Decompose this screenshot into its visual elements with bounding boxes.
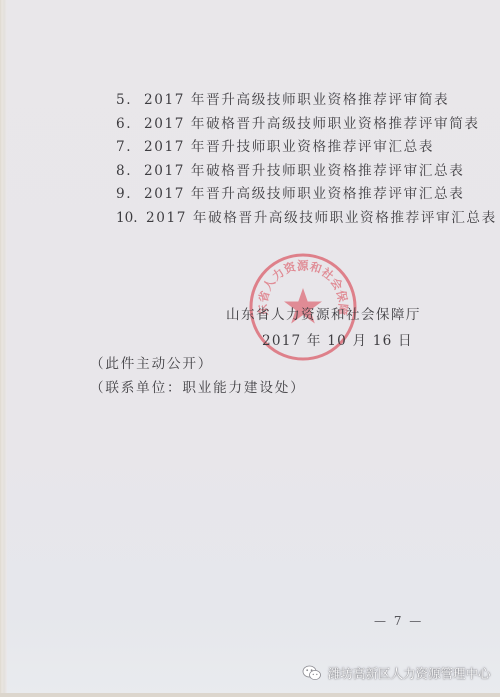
issuer-name: 山东省人力资源和社会保障厅 (226, 303, 421, 323)
list-item-number: 10. (116, 207, 146, 231)
disclosure-note: （此件主动公开） (90, 352, 213, 372)
list-item-text: 2017 年晋升高级技师职业资格推荐评审简表 (144, 92, 449, 108)
list-item-text: 2017 年晋升高级技师职业资格推荐评审汇总表 (144, 186, 464, 202)
list-item: 10.2017 年破格晋升高级技师职业资格推荐评审汇总表 (116, 207, 497, 231)
page-left-edge (0, 0, 7, 697)
page-bottom-edge (0, 693, 500, 697)
document-page: 5.2017 年晋升高级技师职业资格推荐评审简表 6.2017 年破格晋升高级技… (0, 0, 500, 697)
list-item: 7.2017 年晋升技师职业资格推荐评审汇总表 (116, 136, 497, 160)
wechat-icon (302, 665, 322, 681)
list-item: 9.2017 年晋升高级技师职业资格推荐评审汇总表 (116, 183, 497, 207)
attachment-list: 5.2017 年晋升高级技师职业资格推荐评审简表 6.2017 年破格晋升高级技… (116, 89, 497, 231)
list-item-text: 2017 年破格晋升技师职业资格推荐评审汇总表 (144, 163, 464, 179)
wechat-watermark: 潍坊高新区人力资源管理中心 (302, 664, 491, 682)
list-item-text: 2017 年晋升技师职业资格推荐评审汇总表 (144, 139, 434, 155)
list-item-number: 6. (116, 113, 144, 137)
list-item-text: 2017 年破格晋升高级技师职业资格推荐评审简表 (144, 116, 480, 132)
list-item: 5.2017 年晋升高级技师职业资格推荐评审简表 (116, 89, 497, 113)
watermark-text: 潍坊高新区人力资源管理中心 (328, 664, 491, 682)
issue-date: 2017 年 10 月 16 日 (262, 329, 413, 349)
list-item: 6.2017 年破格晋升高级技师职业资格推荐评审简表 (116, 113, 497, 137)
page-number: — 7 — (374, 614, 423, 628)
list-item-number: 7. (116, 136, 144, 160)
list-item-number: 8. (116, 160, 144, 184)
list-item-text: 2017 年破格晋升高级技师职业资格推荐评审汇总表 (146, 210, 497, 226)
list-item-number: 5. (116, 89, 144, 113)
list-item-number: 9. (116, 183, 144, 207)
list-item: 8.2017 年破格晋升技师职业资格推荐评审汇总表 (116, 160, 497, 184)
contact-note: （联系单位：职业能力建设处） (90, 376, 306, 396)
